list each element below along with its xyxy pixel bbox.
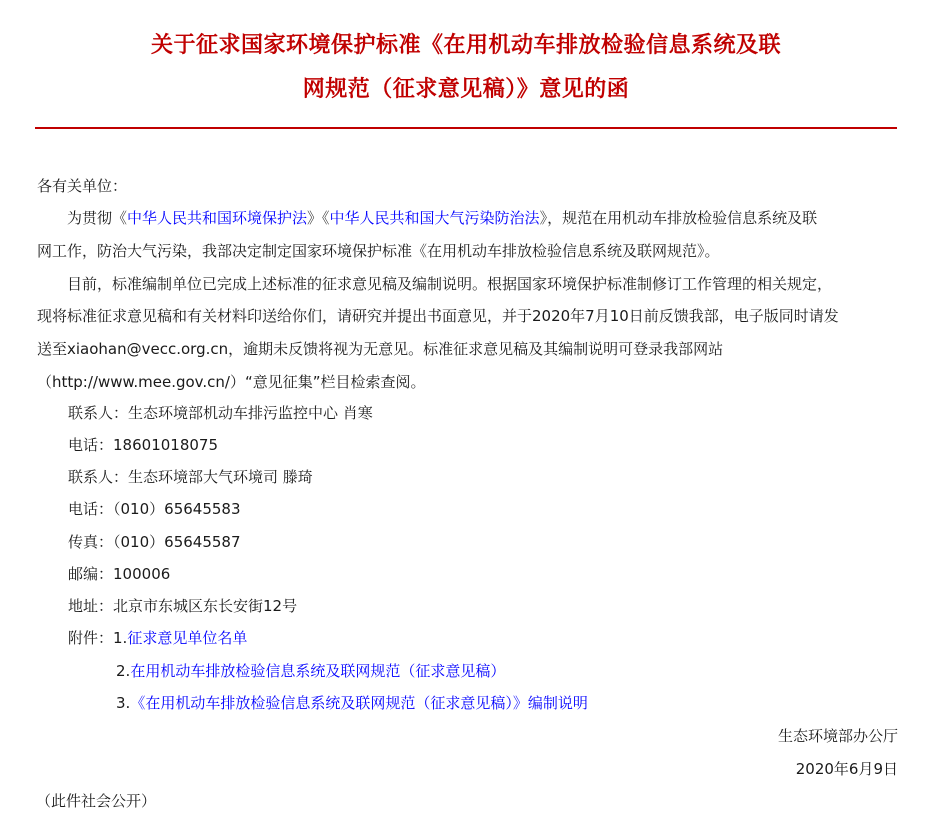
contact-person-2: 联系人：生态环境部大气环境司 滕琦: [68, 467, 313, 487]
document-title-line-2: 网规范（征求意见稿）》意见的函: [0, 75, 932, 105]
paragraph-1-prefix: 为贯彻《: [67, 209, 127, 227]
contact-value: 生态环境部大气环境司 滕琦: [128, 468, 313, 486]
document-title-line-1: 关于征求国家环境保护标准《在用机动车排放检验信息系统及联: [0, 31, 932, 61]
signature-date: 2020年6月9日: [796, 759, 898, 779]
paragraph-2-line-2: 现将标准征求意见稿和有关材料印送给你们，请研究并提出书面意见，并于2020年7月…: [37, 306, 839, 326]
contact-phone-2: 电话：（010）65645583: [68, 499, 241, 519]
contact-value: 100006: [113, 565, 170, 583]
contact-value: （010）65645583: [113, 500, 240, 518]
paragraph-1-line-2: 网工作，防治大气污染，我部决定制定国家环境保护标准《在用机动车排放检验信息系统及…: [37, 241, 720, 261]
link-air-pollution-law[interactable]: 中华人民共和国大气污染防治法: [330, 209, 540, 227]
attachment-link-1[interactable]: 征求意见单位名单: [127, 629, 247, 647]
attachment-link-2[interactable]: 在用机动车排放检验信息系统及联网规范（征求意见稿）: [130, 662, 505, 680]
contact-person-1: 联系人：生态环境部机动车排污监控中心 肖寒: [68, 403, 373, 423]
paragraph-2-line-3: 送至xiaohan@vecc.org.cn，逾期未反馈将视为无意见。标准征求意见…: [37, 339, 723, 359]
contact-label: 联系人：: [68, 404, 128, 422]
signature-office: 生态环境部办公厅: [778, 726, 898, 746]
disclosure-note: （此件社会公开）: [36, 791, 156, 811]
contact-address: 地址：北京市东城区东长安街12号: [68, 596, 297, 616]
attachment-item-3: 3.《在用机动车排放检验信息系统及联网规范（征求意见稿）》编制说明: [116, 693, 588, 713]
paragraph-1-line-1: 为贯彻《中华人民共和国环境保护法》《中华人民共和国大气污染防治法》，规范在用机动…: [67, 208, 817, 228]
paragraph-1-mid: 》《: [307, 209, 330, 227]
contact-value: 北京市东城区东长安街12号: [113, 597, 297, 615]
contact-value: （010）65645587: [113, 533, 240, 551]
contact-value: 18601018075: [113, 436, 218, 454]
attachment-number: 1.: [113, 629, 127, 647]
contact-value: 生态环境部机动车排污监控中心 肖寒: [128, 404, 373, 422]
contact-phone-1: 电话：18601018075: [68, 435, 218, 455]
salutation: 各有关单位：: [37, 176, 127, 196]
attachment-item-2: 2.在用机动车排放检验信息系统及联网规范（征求意见稿）: [116, 661, 505, 681]
attachments-label: 附件：: [68, 629, 113, 647]
link-environmental-protection-law[interactable]: 中华人民共和国环境保护法: [127, 209, 307, 227]
contact-label: 电话：: [68, 436, 113, 454]
contact-label: 地址：: [68, 597, 113, 615]
contact-label: 联系人：: [68, 468, 128, 486]
paragraph-1-suffix: 》，规范在用机动车排放检验信息系统及联: [540, 209, 818, 227]
contact-label: 邮编：: [68, 565, 113, 583]
attachment-number: 3.: [116, 694, 130, 712]
paragraph-2-line-1: 目前，标准编制单位已完成上述标准的征求意见稿及编制说明。根据国家环境保护标准制修…: [67, 274, 832, 294]
title-divider: [35, 127, 897, 129]
attachment-number: 2.: [116, 662, 130, 680]
contact-postcode: 邮编：100006: [68, 564, 170, 584]
contact-label: 电话：: [68, 500, 113, 518]
contact-label: 传真：: [68, 533, 113, 551]
contact-fax: 传真：（010）65645587: [68, 532, 241, 552]
paragraph-2-line-4: （http://www.mee.gov.cn/）“意见征集”栏目检索查阅。: [37, 372, 426, 392]
attachment-link-3[interactable]: 《在用机动车排放检验信息系统及联网规范（征求意见稿）》编制说明: [130, 694, 588, 712]
attachment-item-1: 附件：1.征求意见单位名单: [68, 628, 247, 648]
